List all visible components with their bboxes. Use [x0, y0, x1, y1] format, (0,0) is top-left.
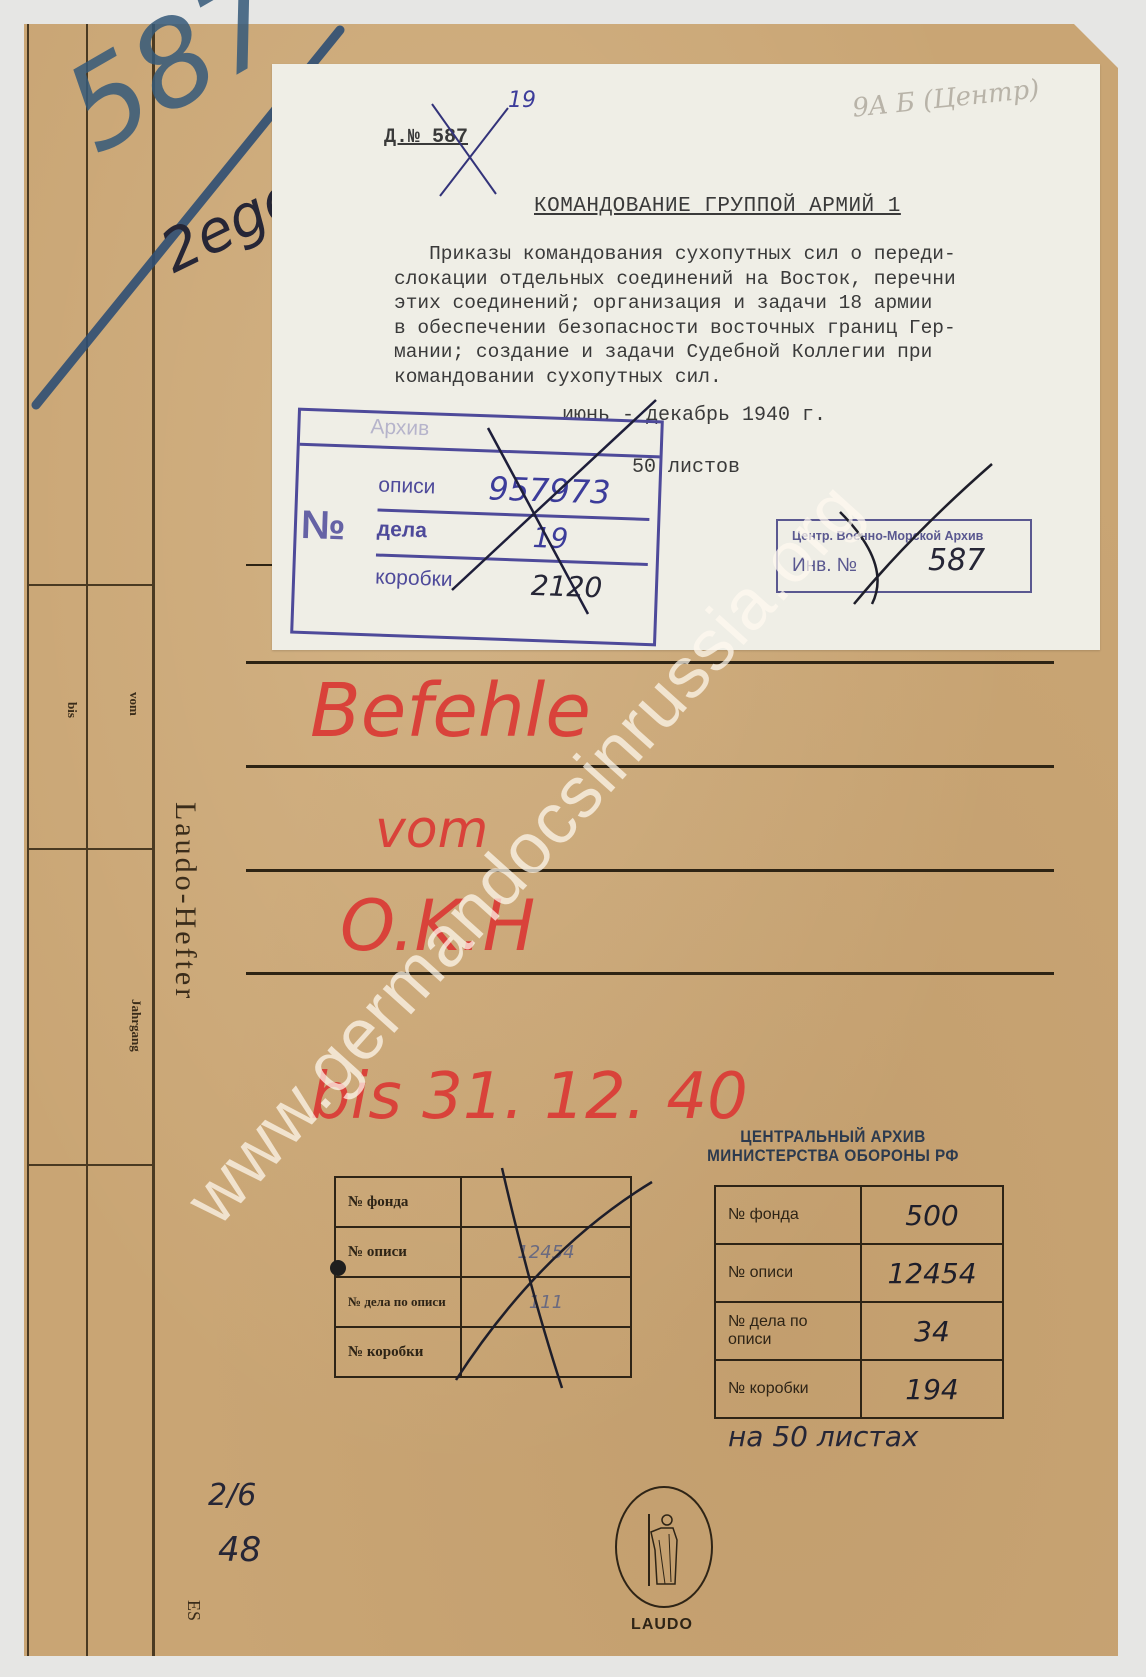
row-value: 34: [861, 1302, 1003, 1360]
row-value: 500: [861, 1186, 1003, 1244]
table-row: № фонда500: [715, 1186, 1003, 1244]
row-value: 194: [861, 1360, 1003, 1418]
row-value: 12454: [861, 1244, 1003, 1302]
archive-header-line1: ЦЕНТРАЛЬНЫЙ АРХИВ: [698, 1127, 968, 1146]
table-row: № описи12454: [715, 1244, 1003, 1302]
archive-header-line2: МИНИСТЕРСТВА ОБОРОНЫ РФ: [698, 1146, 968, 1165]
fraction-top: 2/6: [208, 1478, 256, 1513]
row-label: № коробки: [715, 1360, 861, 1418]
central-archive-table: № фонда500 № описи12454 № дела по описи3…: [714, 1185, 1004, 1419]
row-label: № дела по описи: [715, 1302, 861, 1360]
laudo-logo-icon: [615, 1486, 713, 1608]
row-label: № фонда: [715, 1186, 861, 1244]
knight-figure-icon: [645, 1510, 679, 1588]
table-row: № коробки194: [715, 1360, 1003, 1418]
fraction-bottom: 48: [218, 1530, 261, 1570]
table-row: № дела по описи34: [715, 1302, 1003, 1360]
sheets-note: на 50 листах: [728, 1420, 918, 1453]
laudo-logo-text: LAUDO: [615, 1616, 709, 1634]
row-label: № описи: [715, 1244, 861, 1302]
central-archive-header: ЦЕНТРАЛЬНЫЙ АРХИВ МИНИСТЕРСТВА ОБОРОНЫ Р…: [698, 1127, 968, 1165]
